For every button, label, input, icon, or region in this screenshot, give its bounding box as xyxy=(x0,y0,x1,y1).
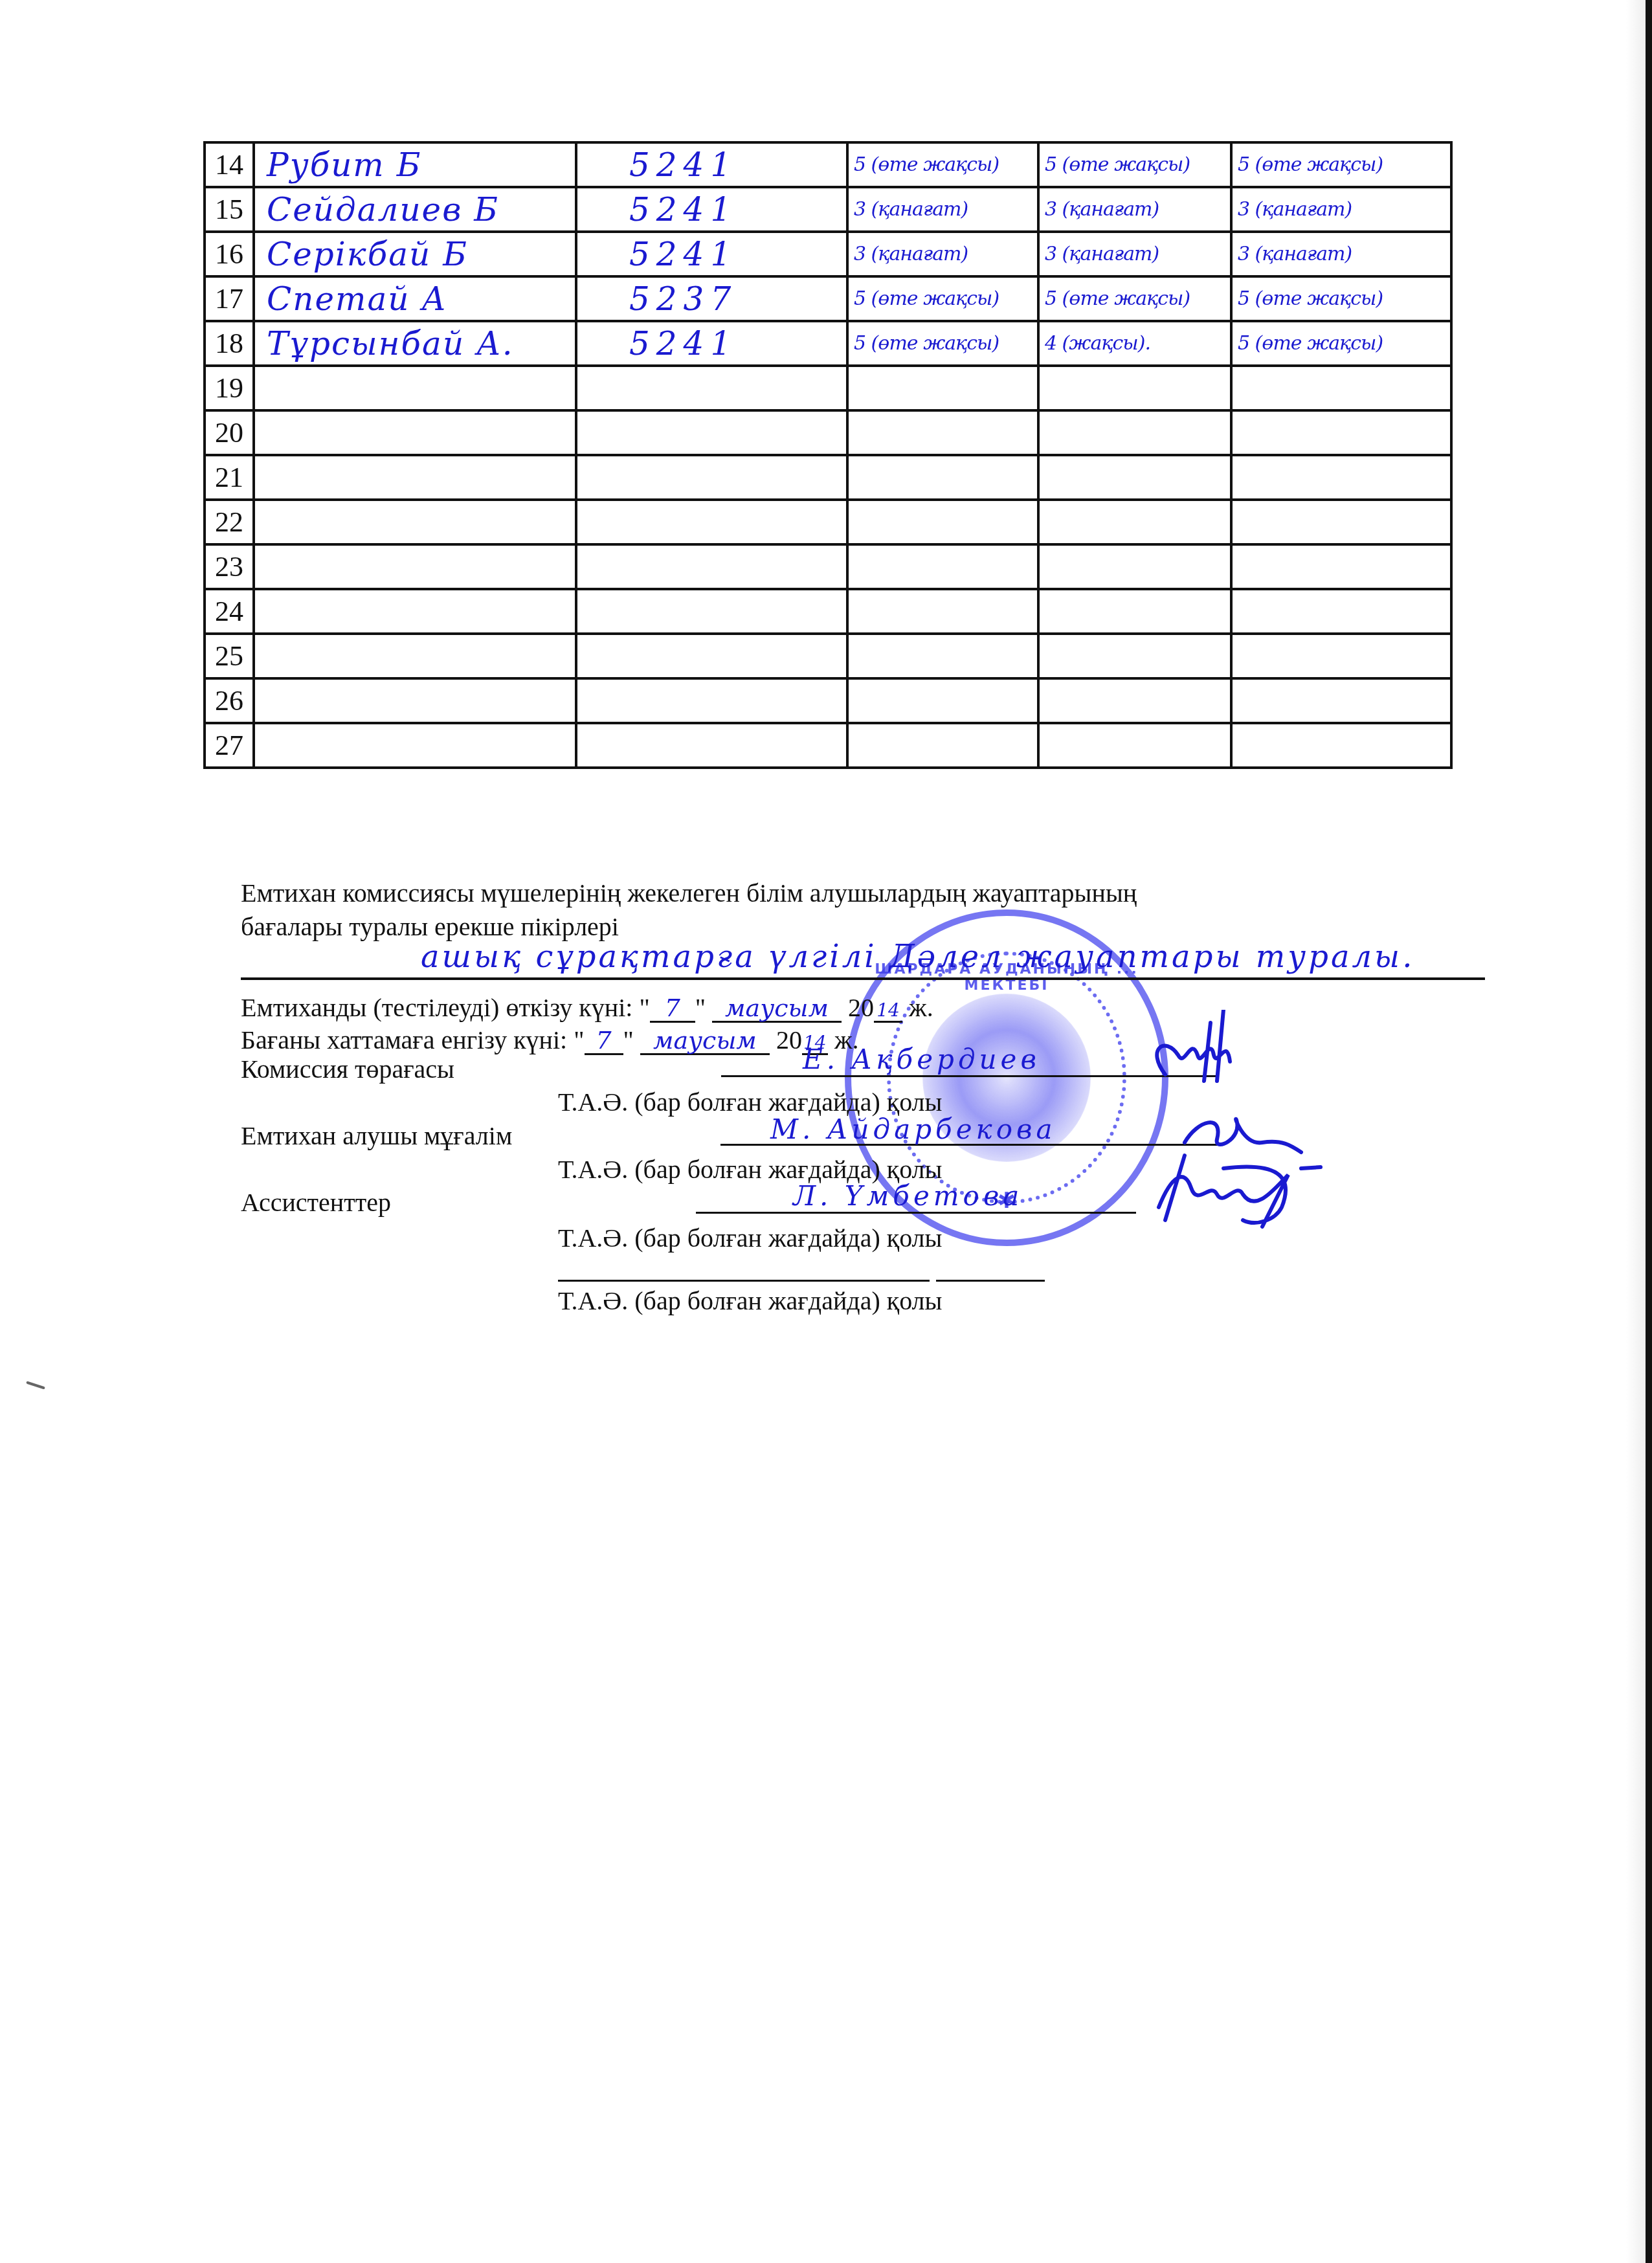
grade-3-cell xyxy=(1231,678,1451,723)
exam-date-line: Емтиханды (тестілеуді) өткізу күні: "7" … xyxy=(241,995,933,1023)
row-number-text: 19 xyxy=(215,372,243,404)
table-row: 17 Спетай А 5237 5 (өте жақсы) 5 (өте жа… xyxy=(205,276,1451,321)
row-number: 23 xyxy=(205,544,254,589)
grade-1-cell: 5 (өте жақсы) xyxy=(847,142,1038,187)
ticket-number-cell xyxy=(576,634,847,678)
table-row: 18 Тұрсынбай А. 5241 5 (өте жақсы) 4 (жа… xyxy=(205,321,1451,366)
student-name-cell xyxy=(254,678,576,723)
grade-3: 5 (өте жақсы) xyxy=(1233,153,1383,176)
student-name-cell xyxy=(254,723,576,768)
grade-3-cell xyxy=(1231,366,1451,410)
student-name: Сейдалиев Б xyxy=(255,191,499,229)
grade-3-cell: 3 (қанағат) xyxy=(1231,232,1451,276)
row-number-text: 22 xyxy=(215,506,243,538)
table-row: 20 xyxy=(205,410,1451,455)
row-number: 22 xyxy=(205,500,254,544)
row-number-text: 16 xyxy=(215,238,243,270)
table-row: 24 xyxy=(205,589,1451,634)
grade-3-cell: 3 (қанағат) xyxy=(1231,187,1451,232)
grades-table: 14 Рубит Б 5241 5 (өте жақсы) 5 (өте жақ… xyxy=(203,141,1453,769)
grade-1-cell xyxy=(847,634,1038,678)
year-unit: ж. xyxy=(909,993,933,1022)
grade-3: 3 (қанағат) xyxy=(1233,243,1352,265)
row-number: 24 xyxy=(205,589,254,634)
student-name: Серікбай Б xyxy=(255,236,468,273)
assistant1-sign-line xyxy=(696,1212,1136,1214)
ticket-number-cell: 5241 xyxy=(576,321,847,366)
student-name: Спетай А xyxy=(255,280,447,318)
grade-3-cell xyxy=(1231,455,1451,500)
grade-3-cell: 5 (өте жақсы) xyxy=(1231,142,1451,187)
grade-3-cell: 5 (өте жақсы) xyxy=(1231,321,1451,366)
grade-2-cell xyxy=(1038,410,1231,455)
grade-1-cell xyxy=(847,678,1038,723)
grade-3-cell xyxy=(1231,723,1451,768)
grade-2-cell xyxy=(1038,500,1231,544)
table-row: 22 xyxy=(205,500,1451,544)
row-number-text: 21 xyxy=(215,462,243,493)
grade-1-cell xyxy=(847,723,1038,768)
assistant2-sign-line xyxy=(936,1280,1045,1282)
table-row: 21 xyxy=(205,455,1451,500)
student-name-cell xyxy=(254,455,576,500)
ticket-number-cell xyxy=(576,455,847,500)
grade-2: 5 (өте жақсы) xyxy=(1040,287,1190,310)
protocol-date-label: Бағаны хаттамаға енгізу күні: " xyxy=(241,1025,585,1054)
chair-name-handwritten: Е. Ақбердиев xyxy=(803,1043,1040,1075)
student-name-cell xyxy=(254,366,576,410)
grade-2: 3 (қанағат) xyxy=(1040,243,1159,265)
table-row: 16 Серікбай Б 5241 3 (қанағат) 3 (қанаға… xyxy=(205,232,1451,276)
grade-1: 3 (қанағат) xyxy=(849,243,968,265)
row-number: 26 xyxy=(205,678,254,723)
row-number: 27 xyxy=(205,723,254,768)
row-number: 18 xyxy=(205,321,254,366)
grade-2-cell xyxy=(1038,455,1231,500)
grade-3-cell xyxy=(1231,544,1451,589)
row-number: 19 xyxy=(205,366,254,410)
grade-1: 5 (өте жақсы) xyxy=(849,153,999,176)
table-row: 19 xyxy=(205,366,1451,410)
grade-3-cell xyxy=(1231,634,1451,678)
ticket-number-cell xyxy=(576,544,847,589)
grade-2-cell: 5 (өте жақсы) xyxy=(1038,276,1231,321)
ticket-number-cell: 5241 xyxy=(576,187,847,232)
assistant1-caption: Т.А.Ә. (бар болған жағдайда) қолы xyxy=(558,1225,942,1251)
row-number: 14 xyxy=(205,142,254,187)
row-number: 25 xyxy=(205,634,254,678)
row-number-text: 18 xyxy=(215,328,243,359)
opinions-rule xyxy=(241,977,1485,980)
grades-table-body: 14 Рубит Б 5241 5 (өте жақсы) 5 (өте жақ… xyxy=(205,142,1451,768)
chair-caption: Т.А.Ә. (бар болған жағдайда) қолы xyxy=(558,1089,942,1115)
row-number-text: 27 xyxy=(215,730,243,761)
grade-3-cell xyxy=(1231,410,1451,455)
teacher-caption: Т.А.Ә. (бар болған жағдайда) қолы xyxy=(558,1157,942,1183)
table-row: 25 xyxy=(205,634,1451,678)
chair-label: Комиссия төрағасы xyxy=(241,1056,454,1082)
row-number-text: 26 xyxy=(215,685,243,717)
protocol-day: 7 xyxy=(596,1028,611,1053)
protocol-date-line: Бағаны хаттамаға енгізу күні: "7" маусым… xyxy=(241,1027,859,1055)
opinions-handwritten: ашық сұрақтарға үлгілі Дәлел жауаптары т… xyxy=(421,939,1414,975)
table-row: 26 xyxy=(205,678,1451,723)
student-name-cell: Серікбай Б xyxy=(254,232,576,276)
grade-2-cell: 5 (өте жақсы) xyxy=(1038,142,1231,187)
grade-3-cell xyxy=(1231,589,1451,634)
grade-2: 5 (өте жақсы) xyxy=(1040,153,1190,176)
ticket-number: 5241 xyxy=(577,146,737,184)
grade-2-cell xyxy=(1038,589,1231,634)
exam-month: маусым xyxy=(725,996,829,1020)
grade-3-cell: 5 (өте жақсы) xyxy=(1231,276,1451,321)
row-number: 15 xyxy=(205,187,254,232)
grade-3: 5 (өте жақсы) xyxy=(1233,287,1383,310)
grade-1-cell: 5 (өте жақсы) xyxy=(847,321,1038,366)
row-number-text: 20 xyxy=(215,417,243,449)
grade-1-cell: 3 (қанағат) xyxy=(847,232,1038,276)
assistant2-caption: Т.А.Ә. (бар болған жағдайда) қолы xyxy=(558,1288,942,1314)
grade-1: 5 (өте жақсы) xyxy=(849,287,999,310)
ticket-number-cell xyxy=(576,723,847,768)
quote-close: " xyxy=(695,993,706,1022)
table-row: 23 xyxy=(205,544,1451,589)
grade-1-cell: 3 (қанағат) xyxy=(847,187,1038,232)
table-row: 15 Сейдалиев Б 5241 3 (қанағат) 3 (қанағ… xyxy=(205,187,1451,232)
protocol-year-prefix: 20 xyxy=(776,1025,802,1054)
teacher-label: Емтихан алушы мұғалім xyxy=(241,1123,512,1149)
row-number-text: 17 xyxy=(215,283,243,315)
student-name-cell: Рубит Б xyxy=(254,142,576,187)
student-name-cell xyxy=(254,634,576,678)
student-name-cell xyxy=(254,544,576,589)
row-number: 21 xyxy=(205,455,254,500)
table-row: 14 Рубит Б 5241 5 (өте жақсы) 5 (өте жақ… xyxy=(205,142,1451,187)
grade-2: 3 (қанағат) xyxy=(1040,198,1159,221)
ticket-number-cell xyxy=(576,410,847,455)
chair-signature xyxy=(1139,1010,1243,1087)
grade-2-cell: 3 (қанағат) xyxy=(1038,187,1231,232)
assistants-label: Ассистенттер xyxy=(241,1190,391,1216)
assistant1-signature xyxy=(1146,1149,1334,1233)
grade-2: 4 (жақсы). xyxy=(1040,332,1150,355)
exam-date-label: Емтиханды (тестілеуді) өткізу күні: " xyxy=(241,993,650,1022)
row-number: 16 xyxy=(205,232,254,276)
student-name-cell xyxy=(254,589,576,634)
quote-close: " xyxy=(623,1025,634,1054)
row-number-text: 23 xyxy=(215,551,243,583)
student-name-cell xyxy=(254,410,576,455)
student-name-cell xyxy=(254,500,576,544)
row-number-text: 24 xyxy=(215,596,243,627)
grade-1-cell xyxy=(847,500,1038,544)
grade-1-cell xyxy=(847,366,1038,410)
row-number-text: 25 xyxy=(215,640,243,672)
student-name-cell: Спетай А xyxy=(254,276,576,321)
opinions-heading-line2: бағалары туралы ерекше пікірлері xyxy=(241,914,619,940)
scan-edge-shadow xyxy=(1626,0,1646,2263)
exam-year-suffix: 14 xyxy=(876,1001,900,1020)
ticket-number-cell xyxy=(576,366,847,410)
grade-2-cell xyxy=(1038,678,1231,723)
ticket-number-cell xyxy=(576,500,847,544)
grade-3-cell xyxy=(1231,500,1451,544)
grade-1: 3 (қанағат) xyxy=(849,198,968,221)
scan-speck xyxy=(26,1381,45,1389)
grade-2-cell xyxy=(1038,723,1231,768)
student-name-cell: Сейдалиев Б xyxy=(254,187,576,232)
grade-2-cell xyxy=(1038,634,1231,678)
exam-year-prefix: 20 xyxy=(848,993,874,1022)
table-row: 27 xyxy=(205,723,1451,768)
opinions-heading-line1: Емтихан комиссиясы мүшелерінің жекелеген… xyxy=(241,880,1137,906)
grade-2-cell xyxy=(1038,366,1231,410)
row-number-text: 15 xyxy=(215,194,243,225)
scan-edge xyxy=(1646,0,1652,2263)
grade-2-cell xyxy=(1038,544,1231,589)
row-number-text: 14 xyxy=(215,149,243,181)
row-number: 20 xyxy=(205,410,254,455)
grade-2-cell: 4 (жақсы). xyxy=(1038,321,1231,366)
ticket-number-cell xyxy=(576,589,847,634)
grade-1: 5 (өте жақсы) xyxy=(849,332,999,355)
ticket-number-cell xyxy=(576,678,847,723)
grade-1-cell xyxy=(847,544,1038,589)
exam-day: 7 xyxy=(665,996,680,1020)
ticket-number: 5241 xyxy=(577,191,737,229)
ticket-number: 5237 xyxy=(577,280,737,318)
ticket-number: 5241 xyxy=(577,236,737,273)
ticket-number-cell: 5237 xyxy=(576,276,847,321)
grade-3: 3 (қанағат) xyxy=(1233,198,1352,221)
ticket-number-cell: 5241 xyxy=(576,232,847,276)
grade-1-cell xyxy=(847,410,1038,455)
grade-2-cell: 3 (қанағат) xyxy=(1038,232,1231,276)
grade-1-cell xyxy=(847,589,1038,634)
student-name: Рубит Б xyxy=(255,146,421,184)
assistant2-name-line xyxy=(558,1280,930,1282)
grade-1-cell xyxy=(847,455,1038,500)
assistant1-name-handwritten: Л. Үмбетова xyxy=(793,1180,1023,1212)
grade-3: 5 (өте жақсы) xyxy=(1233,332,1383,355)
student-name: Тұрсынбай А. xyxy=(255,325,514,362)
ticket-number: 5241 xyxy=(577,325,737,362)
ticket-number-cell: 5241 xyxy=(576,142,847,187)
grade-1-cell: 5 (өте жақсы) xyxy=(847,276,1038,321)
teacher-name-handwritten: М. Айдарбекова xyxy=(770,1113,1056,1145)
protocol-month: маусым xyxy=(653,1028,757,1053)
row-number: 17 xyxy=(205,276,254,321)
student-name-cell: Тұрсынбай А. xyxy=(254,321,576,366)
